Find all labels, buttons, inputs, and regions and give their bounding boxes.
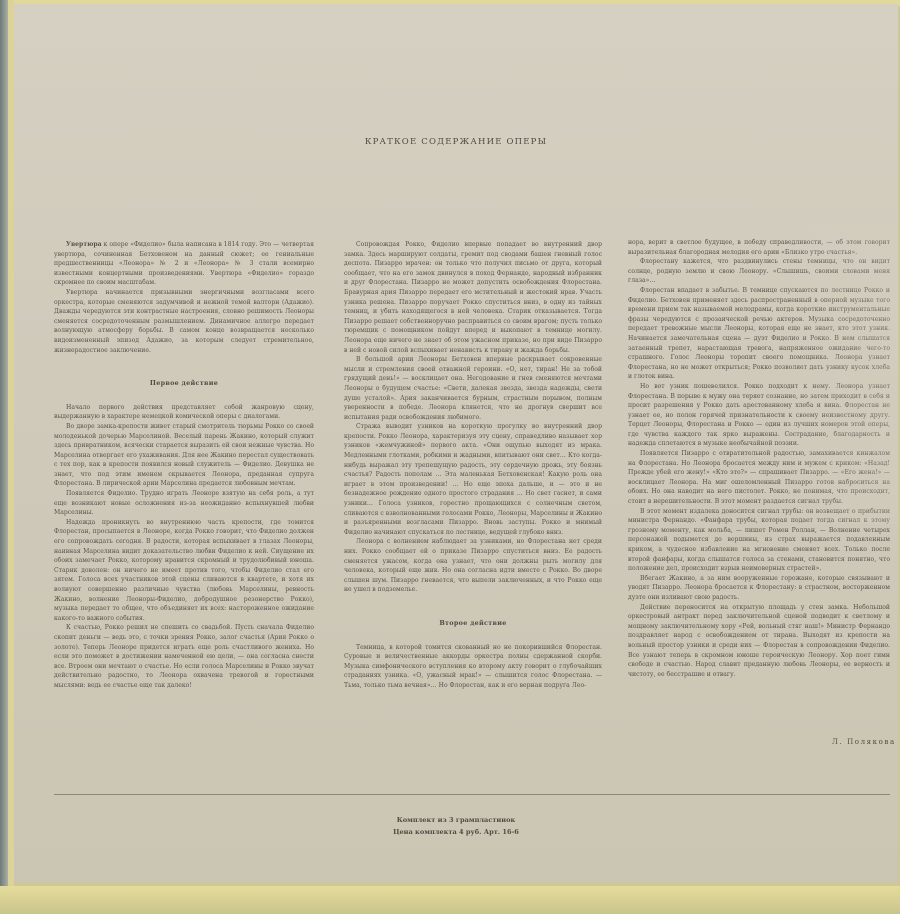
paragraph: Темница, в которой томится скованный но … — [344, 643, 602, 691]
author-signature: Л. Полякова — [832, 738, 896, 746]
paragraph: Появляется Пизарро с отвратительной радо… — [628, 449, 890, 507]
paragraph: Появляется Фиделио. Трудно играть Леонор… — [54, 489, 314, 518]
section-heading-act-1: Первое действие — [54, 379, 314, 389]
paragraph-overture-1: Увертюра к опере «Фиделио» была написана… — [54, 240, 314, 288]
text-column-1: Увертюра к опере «Фиделио» была написана… — [54, 240, 314, 691]
paragraph: Начало первого действия представляет соб… — [54, 403, 314, 422]
paragraph: В большой арии Леоноры Бетховен впервые … — [344, 355, 602, 422]
paragraph: Надежда проникнуть во внутреннюю часть к… — [54, 518, 314, 624]
sleeve-bottom-edge — [0, 886, 900, 914]
paragraph: Но вот узник пошевелился. Рокко подходит… — [628, 382, 890, 449]
paragraph: Действие переносится на открытую площадь… — [628, 603, 890, 680]
overture-lead: Увертюра — [66, 241, 102, 248]
text-column-3: нора, верит в светлое будущее, в победу … — [628, 238, 890, 679]
text-column-2: Сопровождая Рокко, Фиделио впервые попад… — [344, 240, 602, 691]
paragraph: В этот момент издалека доносится сигнал … — [628, 507, 890, 574]
footer-info: Комплект из 3 грампластинок Цена комплек… — [14, 814, 898, 838]
page-title: КРАТКОЕ СОДЕРЖАНИЕ ОПЕРЫ — [14, 137, 898, 147]
paragraph: К счастью, Рокко решил не спешить со сва… — [54, 623, 314, 690]
divider-line — [54, 794, 890, 795]
sleeve-spine — [0, 0, 8, 914]
section-heading-act-2: Второе действие — [344, 619, 602, 629]
record-sleeve-back: КРАТКОЕ СОДЕРЖАНИЕ ОПЕРЫ Увертюра к опер… — [14, 4, 898, 882]
paragraph-overture-2: Увертюра начинается призывными энергичны… — [54, 288, 314, 355]
paragraph: Во дворе замка-крепости живет старый смо… — [54, 422, 314, 489]
price-info: Цена комплекта 4 руб. Арт. 16-6 — [14, 826, 898, 838]
paragraph: Вбегает Жакино, а за ним вооруженные гор… — [628, 574, 890, 603]
paragraph: Флорестану кажется, что раздвинулись сте… — [628, 257, 890, 286]
paragraph: Флорестан впадает в забытье. В темнице с… — [628, 286, 890, 382]
paragraph: Стража выводит узников на короткую прогу… — [344, 422, 602, 537]
paragraph: Леонора с волнением наблюдает за узникам… — [344, 537, 602, 595]
paragraph: нора, верит в светлое будущее, в победу … — [628, 238, 890, 257]
set-description: Комплект из 3 грампластинок — [14, 814, 898, 826]
paragraph: Сопровождая Рокко, Фиделио впервые попад… — [344, 240, 602, 355]
